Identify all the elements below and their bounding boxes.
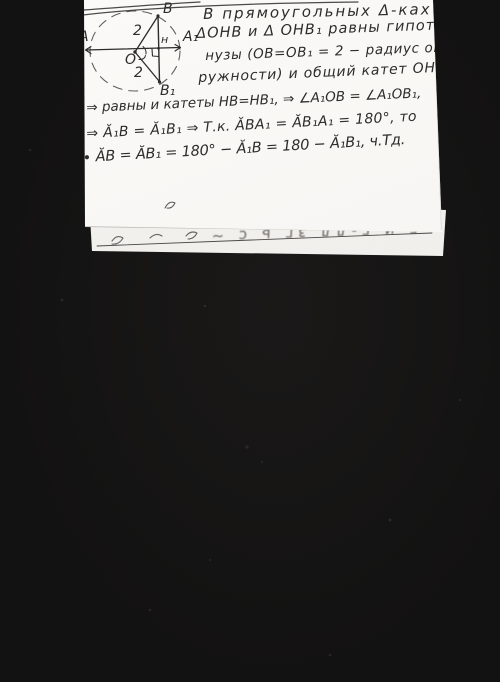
label-radius-bottom: 2 bbox=[134, 65, 143, 81]
angle-arc-upper bbox=[143, 47, 146, 55]
label-h: н bbox=[161, 33, 168, 46]
point-h bbox=[157, 47, 160, 50]
point-b bbox=[156, 14, 159, 17]
label-b: В bbox=[163, 1, 173, 17]
geometry-diagram: А А₁ В В₁ О н 2 2 bbox=[78, 1, 198, 99]
stray-pen-mark bbox=[165, 202, 175, 208]
right-angle-mark bbox=[152, 49, 159, 57]
label-radius-top: 2 bbox=[133, 23, 142, 39]
pen-line-under-sheet bbox=[97, 233, 432, 246]
scanned-photo: г-и г-дд зг ь с ~ bbox=[0, 0, 500, 682]
diameter-line bbox=[86, 48, 180, 51]
